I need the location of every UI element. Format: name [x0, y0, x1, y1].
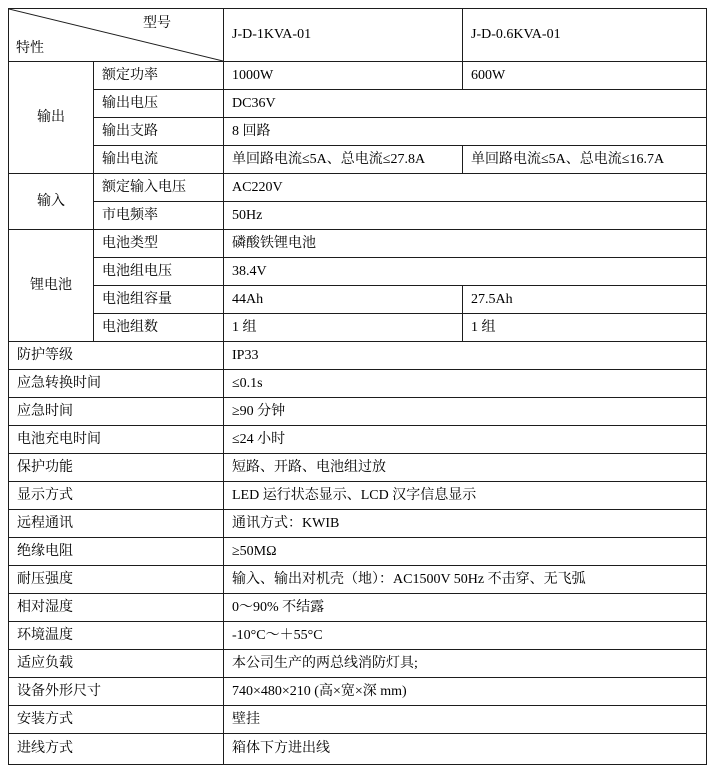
spec-label: 电池组电压 — [94, 258, 224, 286]
spec-label: 防护等级 — [9, 342, 224, 370]
spec-value: 1 组 — [463, 314, 707, 342]
spec-label: 额定输入电压 — [94, 174, 224, 202]
spec-label: 应急转换时间 — [9, 370, 224, 398]
group-label-battery: 锂电池 — [9, 230, 94, 342]
table-row: 电池充电时间 ≤24 小时 — [9, 426, 707, 454]
table-row: 相对湿度 0～90% 不结露 — [9, 594, 707, 622]
corner-label-feature: 特性 — [16, 41, 44, 56]
spec-label: 相对湿度 — [9, 594, 224, 622]
table-row: 设备外形尺寸 740×480×210 (高×宽×深 mm) — [9, 678, 707, 706]
spec-label: 额定功率 — [94, 62, 224, 90]
spec-label: 电池类型 — [94, 230, 224, 258]
model-header-2: J-D-0.6KVA-01 — [463, 9, 707, 62]
model-header-1: J-D-1KVA-01 — [224, 9, 463, 62]
spec-label: 适应负载 — [9, 650, 224, 678]
header-row: 型号 特性 J-D-1KVA-01 J-D-0.6KVA-01 — [9, 9, 707, 62]
table-row: 进线方式 箱体下方进出线 — [9, 734, 707, 765]
table-row: 保护功能 短路、开路、电池组过放 — [9, 454, 707, 482]
table-row: 远程通讯 通讯方式：KWIB — [9, 510, 707, 538]
spec-label: 远程通讯 — [9, 510, 224, 538]
spec-value: ≥90 分钟 — [224, 398, 707, 426]
table-row: 输入 额定输入电压 AC220V — [9, 174, 707, 202]
spec-label: 保护功能 — [9, 454, 224, 482]
spec-value: 磷酸铁锂电池 — [224, 230, 707, 258]
spec-value: -10°C～＋55°C — [224, 622, 707, 650]
table-row: 应急时间 ≥90 分钟 — [9, 398, 707, 426]
spec-value: IP33 — [224, 342, 707, 370]
table-row: 安装方式 壁挂 — [9, 706, 707, 734]
table-row: 环境温度 -10°C～＋55°C — [9, 622, 707, 650]
table-row: 适应负载 本公司生产的两总线消防灯具; — [9, 650, 707, 678]
spec-value: ≤0.1s — [224, 370, 707, 398]
spec-label: 输出电压 — [94, 90, 224, 118]
table-row: 输出电流 单回路电流≤5A、总电流≤27.8A 单回路电流≤5A、总电流≤16.… — [9, 146, 707, 174]
spec-label: 市电频率 — [94, 202, 224, 230]
spec-value: DC36V — [224, 90, 707, 118]
spec-value: 箱体下方进出线 — [224, 734, 707, 765]
corner-cell: 型号 特性 — [9, 9, 224, 62]
corner-label-model: 型号 — [143, 16, 171, 31]
spec-value: LED 运行状态显示、LCD 汉字信息显示 — [224, 482, 707, 510]
spec-document-page: 型号 特性 J-D-1KVA-01 J-D-0.6KVA-01 输出 额定功率 … — [0, 0, 714, 778]
spec-value: 1 组 — [224, 314, 463, 342]
spec-label: 耐压强度 — [9, 566, 224, 594]
spec-value: 50Hz — [224, 202, 707, 230]
spec-value: ≥50MΩ — [224, 538, 707, 566]
spec-value: 0～90% 不结露 — [224, 594, 707, 622]
spec-value: 单回路电流≤5A、总电流≤27.8A — [224, 146, 463, 174]
table-row: 输出支路 8 回路 — [9, 118, 707, 146]
table-row: 电池组容量 44Ah 27.5Ah — [9, 286, 707, 314]
table-row: 电池组数 1 组 1 组 — [9, 314, 707, 342]
spec-value: 通讯方式：KWIB — [224, 510, 707, 538]
spec-label: 电池充电时间 — [9, 426, 224, 454]
table-row: 市电频率 50Hz — [9, 202, 707, 230]
spec-label: 显示方式 — [9, 482, 224, 510]
spec-table: 型号 特性 J-D-1KVA-01 J-D-0.6KVA-01 输出 额定功率 … — [8, 8, 707, 765]
table-row: 锂电池 电池类型 磷酸铁锂电池 — [9, 230, 707, 258]
table-row: 应急转换时间 ≤0.1s — [9, 370, 707, 398]
spec-label: 输出支路 — [94, 118, 224, 146]
group-label-output: 输出 — [9, 62, 94, 174]
group-label-input: 输入 — [9, 174, 94, 230]
spec-value: 1000W — [224, 62, 463, 90]
spec-value: 740×480×210 (高×宽×深 mm) — [224, 678, 707, 706]
spec-value: 8 回路 — [224, 118, 707, 146]
spec-value: AC220V — [224, 174, 707, 202]
table-row: 显示方式 LED 运行状态显示、LCD 汉字信息显示 — [9, 482, 707, 510]
table-row: 输出电压 DC36V — [9, 90, 707, 118]
spec-value: 输入、输出对机壳（地）：AC1500V 50Hz 不击穿、无飞弧 — [224, 566, 707, 594]
spec-label: 环境温度 — [9, 622, 224, 650]
table-row: 输出 额定功率 1000W 600W — [9, 62, 707, 90]
spec-label: 设备外形尺寸 — [9, 678, 224, 706]
spec-label: 输出电流 — [94, 146, 224, 174]
spec-value: ≤24 小时 — [224, 426, 707, 454]
spec-label: 应急时间 — [9, 398, 224, 426]
spec-label: 电池组容量 — [94, 286, 224, 314]
spec-value: 600W — [463, 62, 707, 90]
spec-value: 44Ah — [224, 286, 463, 314]
spec-value: 单回路电流≤5A、总电流≤16.7A — [463, 146, 707, 174]
spec-label: 电池组数 — [94, 314, 224, 342]
spec-value: 本公司生产的两总线消防灯具; — [224, 650, 707, 678]
table-row: 防护等级 IP33 — [9, 342, 707, 370]
spec-label: 绝缘电阻 — [9, 538, 224, 566]
spec-value: 38.4V — [224, 258, 707, 286]
table-row: 绝缘电阻 ≥50MΩ — [9, 538, 707, 566]
spec-value: 壁挂 — [224, 706, 707, 734]
table-row: 耐压强度 输入、输出对机壳（地）：AC1500V 50Hz 不击穿、无飞弧 — [9, 566, 707, 594]
spec-label: 进线方式 — [9, 734, 224, 765]
spec-value: 短路、开路、电池组过放 — [224, 454, 707, 482]
table-row: 电池组电压 38.4V — [9, 258, 707, 286]
spec-value: 27.5Ah — [463, 286, 707, 314]
spec-label: 安装方式 — [9, 706, 224, 734]
